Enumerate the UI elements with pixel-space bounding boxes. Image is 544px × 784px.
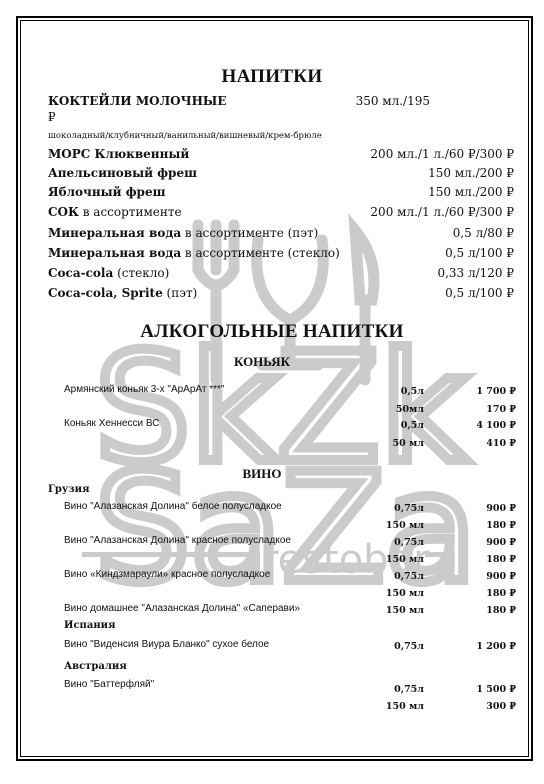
wine-title: ВИНО <box>200 466 324 482</box>
volume: 150 мл <box>364 520 424 531</box>
volume: 0,5л <box>364 420 424 431</box>
price: 1 700 ₽ <box>446 386 516 397</box>
cognac-ararat: Армянский коньяк 3-х "АрАрАт ***" <box>64 384 224 395</box>
wine-alazani-white: Вино "Алазанская Долина" белое полусладк… <box>64 501 282 512</box>
price: 180 ₽ <box>446 605 516 616</box>
alcohol-title: АЛКОГОЛЬНЫЕ НАПИТКИ <box>0 321 544 343</box>
wine-butterfly: Вино "Баттерфляй" <box>64 679 154 690</box>
wine-house-saperavi: Вино домашнее "Алазанская Долина" «Сапер… <box>64 603 300 614</box>
price: 300 ₽ <box>446 701 516 712</box>
price: 900 ₽ <box>446 503 516 514</box>
volume: 0,75л <box>364 684 424 695</box>
volume: 0,75л <box>364 537 424 548</box>
price: 900 ₽ <box>446 537 516 548</box>
price: 180 ₽ <box>446 520 516 531</box>
price: 1 200 ₽ <box>446 641 516 652</box>
drinks-title: НАПИТКИ <box>0 66 544 88</box>
volume: 150 мл <box>364 554 424 565</box>
volume: 0,75л <box>364 641 424 652</box>
wine-vidensia: Вино "Виденсия Виура Бланко" сухое белое <box>64 639 269 650</box>
wine-alazani-red: Вино "Алазанская Долина" красное полусла… <box>64 535 291 546</box>
price: 170 ₽ <box>446 404 516 415</box>
volume: 50мл <box>364 404 424 415</box>
volume: 0,5л <box>364 386 424 397</box>
country-spain: Испания <box>64 620 115 631</box>
volume: 150 мл <box>364 588 424 599</box>
cognac-hennessy: Коньяк Хеннесси ВС <box>64 418 159 429</box>
volume: 0,75л <box>364 503 424 514</box>
milkshake-flavors: шоколадный/клубничный/ванильный/вишневый… <box>48 131 322 141</box>
volume: 150 мл <box>364 605 424 616</box>
volume: 50 мл <box>364 438 424 449</box>
price: 180 ₽ <box>446 554 516 565</box>
price: 4 100 ₽ <box>446 420 516 431</box>
cognac-title: КОНЬЯК <box>200 354 324 370</box>
volume: 0,75л <box>364 571 424 582</box>
price: 410 ₽ <box>446 438 516 449</box>
price: 1 500 ₽ <box>446 684 516 695</box>
country-georgia: Грузия <box>48 484 89 495</box>
price: 900 ₽ <box>446 571 516 582</box>
wine-kindzmarauli: Вино «Киндзмараули» красное полусладкое <box>64 569 270 580</box>
price: 180 ₽ <box>446 588 516 599</box>
volume: 150 мл <box>364 701 424 712</box>
country-australia: Австралия <box>64 661 127 672</box>
